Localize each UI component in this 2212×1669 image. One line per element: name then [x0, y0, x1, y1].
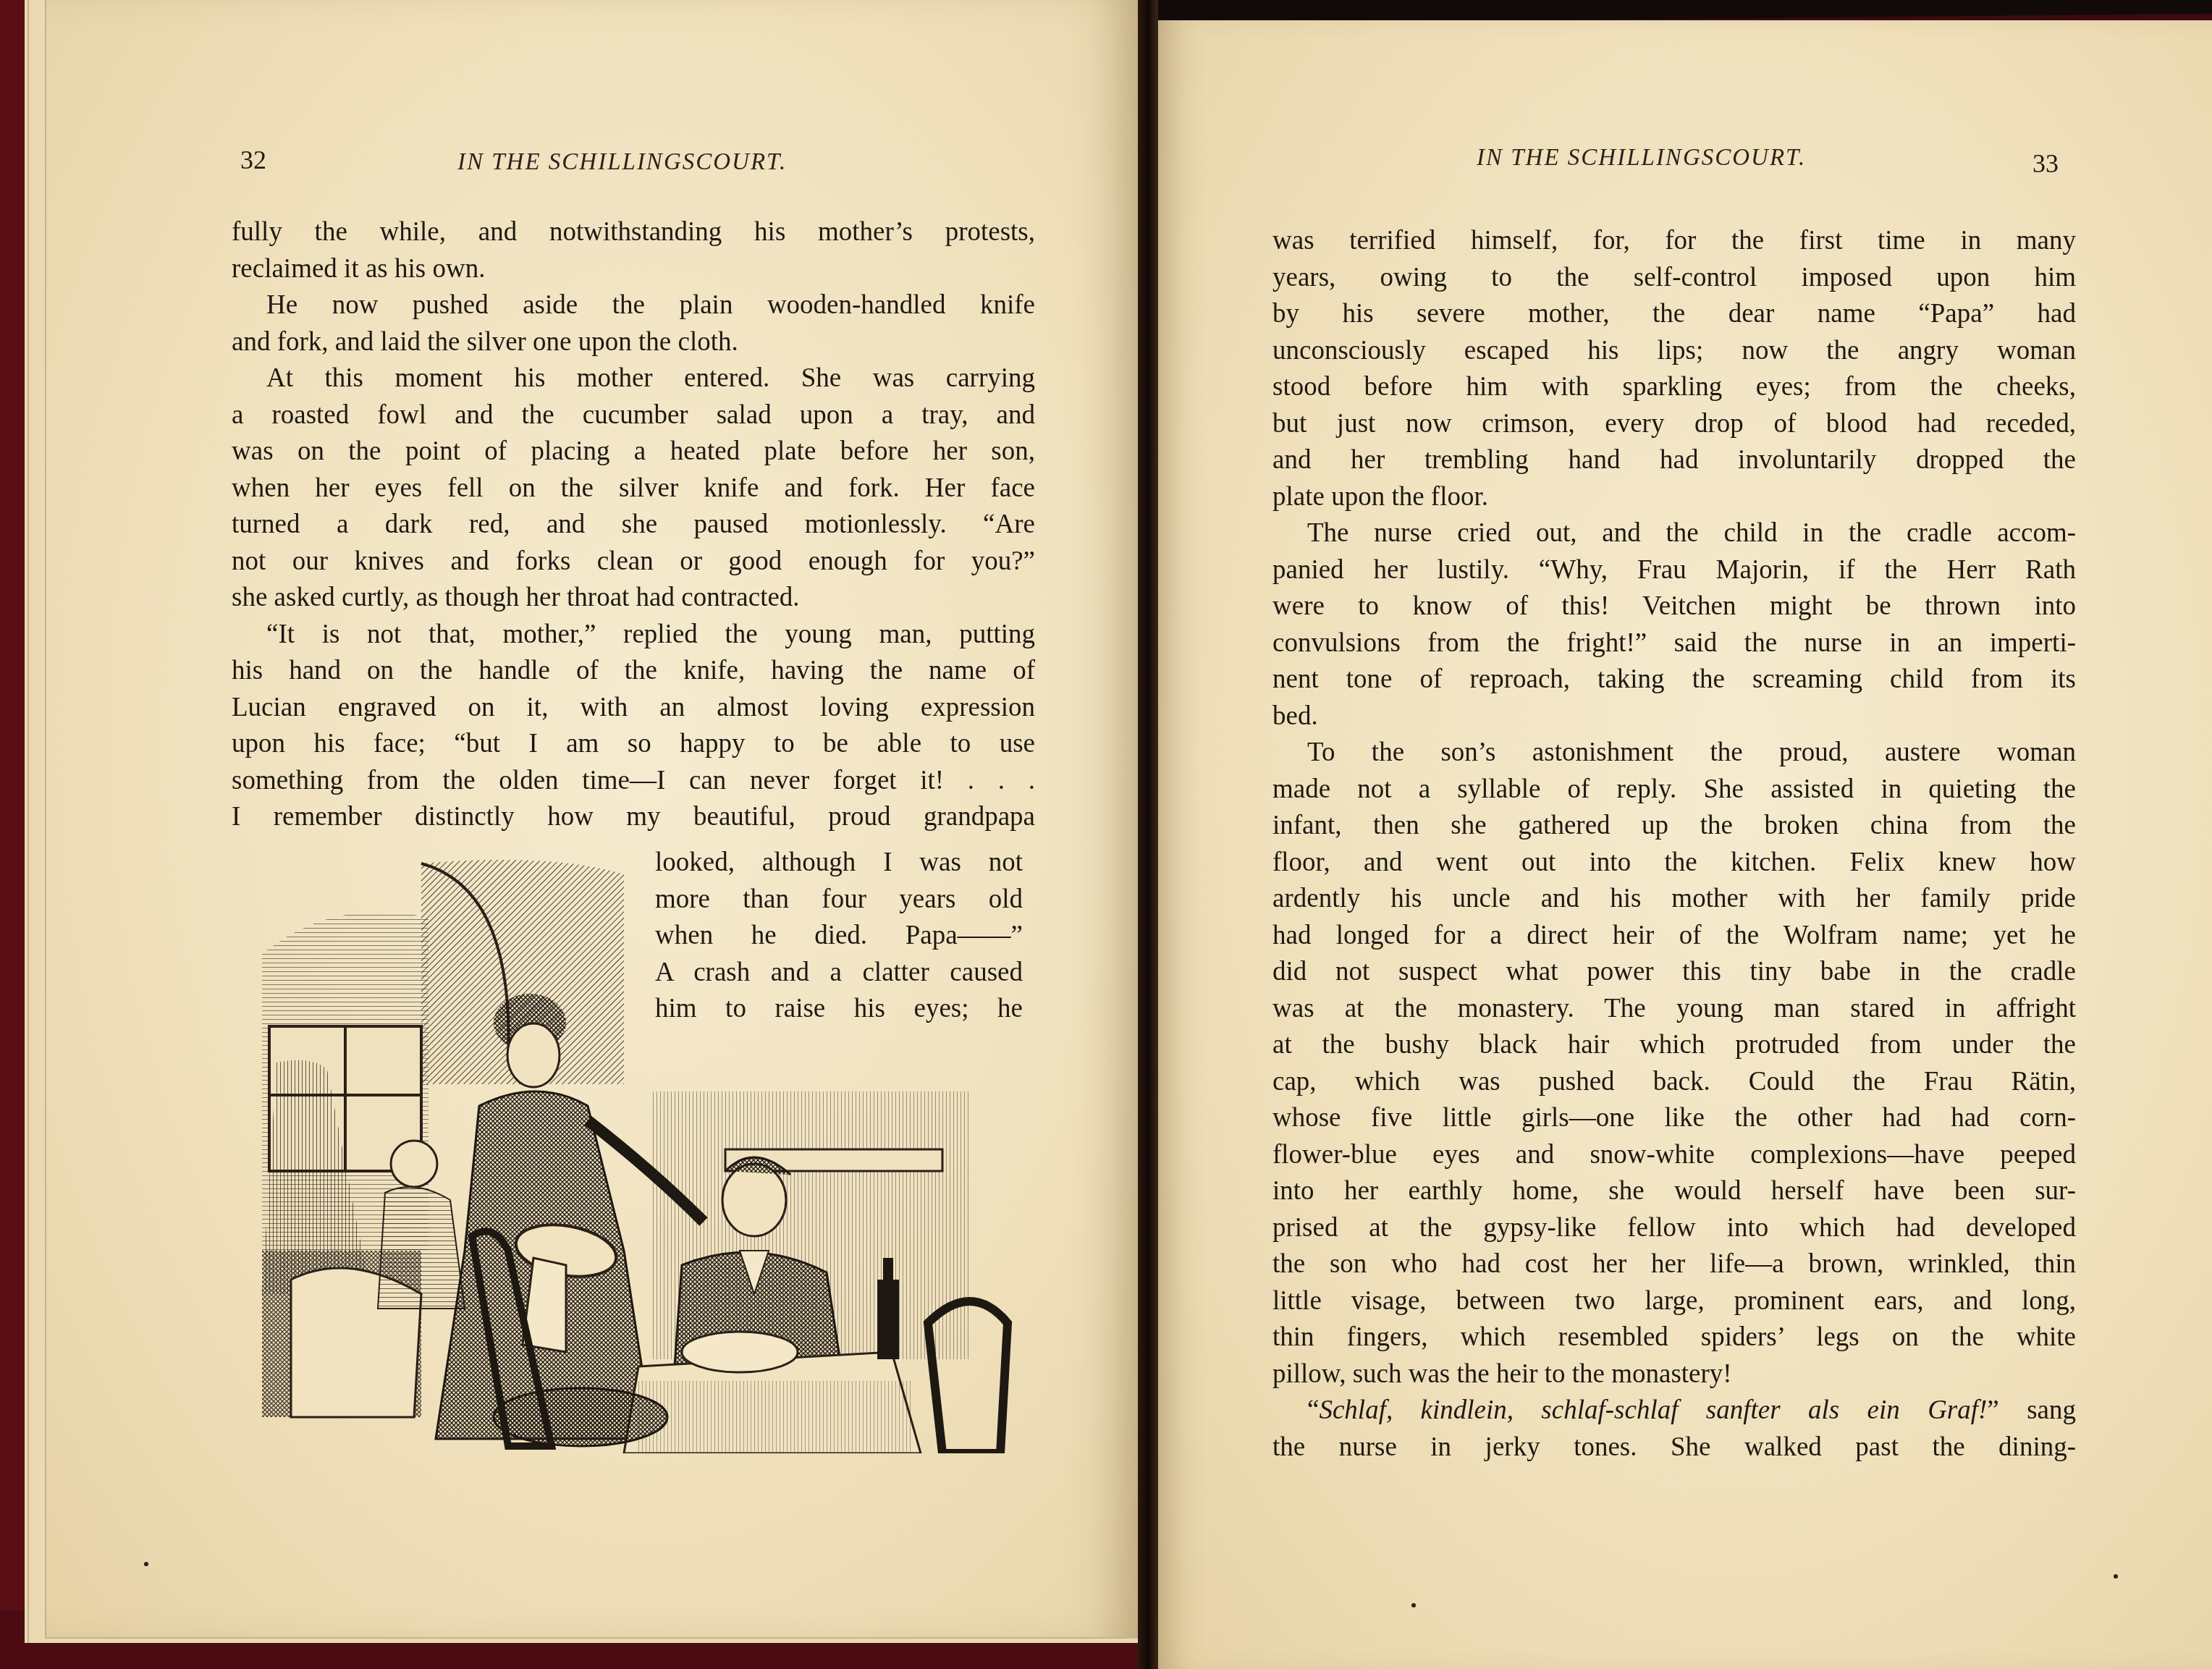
text-line: she asked curtly, as though her throat h… [232, 580, 1035, 617]
german-lullaby-quote: Schlaf, kindlein, schlaf-schlaf sanfter … [1319, 1395, 1987, 1425]
text-line: little visage, between two large, promin… [1272, 1283, 2076, 1320]
text-line: years, owing to the self-control imposed… [1272, 260, 2076, 297]
text-line: To the son’s astonishment the proud, aus… [1272, 735, 2076, 772]
text-line: pillow, such was the heir to the monaste… [1272, 1356, 2076, 1393]
text-line: did not suspect what power this tiny bab… [1272, 954, 2076, 991]
text-line: turned a dark red, and she paused motion… [232, 507, 1035, 544]
text-line: the nurse in jerky tones. She walked pas… [1272, 1429, 2076, 1466]
text-line: whose five little girls—one like the oth… [1272, 1100, 2076, 1137]
text-line: the son who had cost her her life—a brow… [1272, 1246, 2076, 1283]
text-line: Lucian engraved on it, with an almost lo… [232, 690, 1035, 727]
text-line: I remember distinctly how my beautiful, … [232, 799, 1035, 836]
paper-speck [1411, 1603, 1416, 1607]
text-line: but just now crimson, every drop of bloo… [1272, 406, 2076, 443]
text-line: infant, then she gathered up the broken … [1272, 808, 2076, 845]
text-line: when her eyes fell on the silver knife a… [232, 470, 1035, 507]
text-line: was on the point of placing a heated pla… [232, 434, 1035, 470]
text-line: had longed for a direct heir of the Wolf… [1272, 918, 2076, 955]
left-page-number: 32 [240, 145, 266, 175]
text-line: his hand on the handle of the knife, hav… [232, 653, 1035, 690]
text-line: flower-blue eyes and snow-white complexi… [1272, 1137, 2076, 1174]
text-line: bed. [1272, 698, 2076, 735]
text-line: cap, which was pushed back. Could the Fr… [1272, 1064, 2076, 1101]
paper-speck [144, 1562, 148, 1566]
text-line: not our knives and forks clean or good e… [232, 544, 1035, 580]
text-line: and her trembling hand had involuntarily… [1272, 442, 2076, 479]
right-page-number: 33 [2032, 148, 2059, 179]
text-line: fully the while, and notwithstanding his… [232, 214, 1035, 251]
text-line: a roasted fowl and the cucumber salad up… [232, 397, 1035, 434]
text-line: floor, and went out into the kitchen. Fe… [1272, 845, 2076, 882]
text-line: were to know of this! Veitchen might be … [1272, 588, 2076, 625]
text-line: unconsciously escaped his lips; now the … [1272, 333, 2076, 370]
text-line: convulsions from the fright!” said the n… [1272, 625, 2076, 662]
text-line: prised at the gypsy-like fellow into whi… [1272, 1210, 2076, 1247]
text-line: nent tone of reproach, taking the scream… [1272, 662, 2076, 698]
book-spine-gutter [1138, 0, 1158, 1669]
text-line: thin fingers, which resembled spiders’ l… [1272, 1319, 2076, 1356]
left-running-head: IN THE SCHILLINGSCOURT. [457, 149, 787, 176]
text-line: panied her lustily. “Why, Frau Majorin, … [1272, 552, 2076, 589]
text-line: into her earthly home, she would herself… [1272, 1173, 2076, 1210]
text-line: by his severe mother, the dear name “Pap… [1272, 296, 2076, 333]
text-line: and fork, and laid the silver one upon t… [232, 324, 1035, 361]
text-line: The nurse cried out, and the child in th… [1272, 515, 2076, 552]
text-line: at the bushy black hair which protruded … [1272, 1027, 2076, 1064]
text-line: made not a syllable of reply. She assist… [1272, 772, 2076, 808]
text-line: At this moment his mother entered. She w… [232, 360, 1035, 397]
text-line: ardently his uncle and his mother with h… [1272, 881, 2076, 918]
paper-speck [2114, 1574, 2118, 1579]
right-page-body: was terrified himself, for, for the firs… [1272, 223, 2076, 1466]
text-line: was terrified himself, for, for the firs… [1272, 223, 2076, 260]
text-line: stood before him with sparkling eyes; fr… [1272, 369, 2076, 406]
text-line: reclaimed it as his own. [232, 251, 1035, 288]
song-line: “Schlaf, kindlein, schlaf-schlaf sanfter… [1272, 1393, 2076, 1429]
text-line: plate upon the floor. [1272, 479, 2076, 516]
text-line: “It is not that, mother,” replied the yo… [232, 617, 1035, 654]
right-running-head: IN THE SCHILLINGSCOURT. [1477, 145, 1806, 172]
text-line: upon his face; “but I am so happy to be … [232, 726, 1035, 763]
text-line: something from the olden time—I can neve… [232, 763, 1035, 800]
engraving-illustration [248, 845, 1022, 1453]
left-page-body: fully the while, and notwithstanding his… [232, 214, 1035, 836]
text-line: He now pushed aside the plain wooden-han… [232, 287, 1035, 324]
text-line: was at the monastery. The young man star… [1272, 991, 2076, 1028]
